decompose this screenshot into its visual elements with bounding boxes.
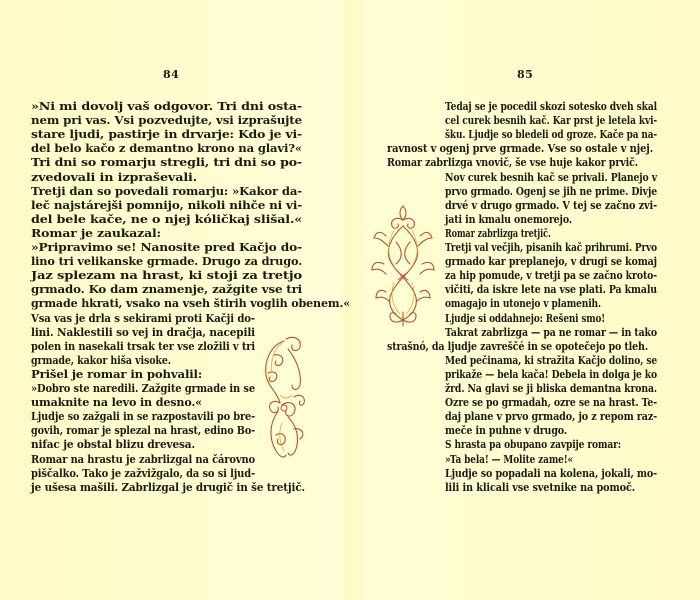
text-line: »Dobro ste naredili. Zažgite grmade in s…: [31, 381, 255, 395]
page-number: 85: [517, 68, 533, 81]
text-line: zvedovali in izpraševali.: [31, 170, 197, 184]
text-line: Tretji val večjih, pisanih kač prihrumi.…: [445, 240, 657, 254]
text-line: govih, romar je splezal na hrast, edino …: [31, 423, 255, 437]
text-line: grmade hkrati, vsako na vseh štirih vogl…: [31, 296, 350, 310]
text-line: »Ni mi dovolj vaš odgovor. Tri dni osta-: [31, 99, 302, 113]
text-line: stare ljudi, pastirje in drvarje: Kdo je…: [31, 127, 302, 141]
text-line: Tedaj se je pocedil skozi sotesko dveh s…: [445, 99, 657, 113]
text-line: prikaže — bela kača! Debela in dolga je …: [445, 367, 657, 381]
book-spread: 84 »Ni mi dovolj vaš odgovor. Tri dni os…: [0, 0, 700, 600]
text-line: Romar na hrastu je zabrlizgal na čárovno: [31, 452, 255, 466]
scroll-ornament-icon: [254, 333, 316, 463]
text-line: Romar zabrlizga tretjič.: [445, 226, 551, 240]
text-line: žrd. Na glavi se ji bliska demantna kron…: [445, 381, 657, 395]
text-line: del belo kačo z demantno krono na glavi?…: [31, 141, 302, 155]
right-page: 85 Tedaj se je pocedil skozi sotesko dve…: [350, 0, 700, 600]
text-line: Nov curek besnih kač se privali. Planejo…: [445, 170, 657, 184]
text-line: cel curek besnih kač. Kar prst je letela…: [445, 113, 657, 127]
text-line: »Ta bela! — Molite zame!«: [445, 452, 573, 466]
text-line: Med pečinama, ki stražita Kačjo dolino, …: [445, 353, 657, 367]
text-line: Romar je zaukazal:: [31, 226, 161, 240]
text-line: Ljudje so zažgali in se razpostavili po …: [31, 409, 255, 423]
text-line: Prišel je romar in pohvalil:: [31, 367, 202, 381]
text-line: nem pri vas. Vsi pozvedujte, vsi izprašu…: [31, 113, 302, 127]
text-line: grmade, kakor hiša visoke.: [31, 353, 171, 367]
text-line: Ljudje so popadali na kolena, jokali, mo…: [445, 466, 657, 480]
text-line: šku. Ljudje so bledeli od groze. Kače pa…: [445, 127, 657, 141]
page-number: 84: [163, 68, 179, 81]
text-line: Tri dni so romarju stregli, tri dni so p…: [31, 155, 302, 169]
text-line: del bele kače, ne o njej kóličkaj slišal…: [31, 212, 302, 226]
text-line: nifac je obstal blizu drevesa.: [31, 437, 195, 451]
text-line: leč najstárejši pomnijo, nikoli nihče ni…: [31, 198, 302, 212]
text-line: daj plane v prvo grmado, jo z repom raz-: [445, 409, 657, 423]
text-line: Tretji dan so povedali romarju: »Kakor d…: [31, 184, 302, 198]
text-line: Vsa vas je drla s sekirami proti Kačji d…: [31, 311, 255, 325]
text-line: drvé v drugo grmado. V tej se začno zvi-: [445, 198, 657, 212]
text-line: prvo grmado. Ogenj se jih ne prime. Divj…: [445, 184, 657, 198]
text-line: jati in kmalu onemorejo.: [445, 212, 572, 226]
left-page: 84 »Ni mi dovolj vaš odgovor. Tri dni os…: [0, 0, 350, 600]
text-line: S hrasta pa obupano zavpije romar:: [445, 437, 621, 451]
text-line: »Pripravimo se! Nanosite pred Kačjo do-: [31, 240, 302, 254]
text-line: omagajo in utonejo v plamenih.: [445, 296, 601, 310]
text-line: ravnost v ogenj prve grmade. Vse so osta…: [387, 141, 653, 155]
text-line: lino tri velikanske grmade. Drugo za dru…: [31, 254, 302, 268]
text-line: grmado. Ko dam znamenje, zažgite vse tri: [31, 282, 302, 296]
text-line: piščalko. Tako je zažvižgalo, da so si l…: [31, 466, 255, 480]
text-line: strašnó, da ljudje zavreščé in se opoteč…: [387, 339, 648, 353]
text-line: je ušesa mašili. Zabrlizgal je drugič in…: [31, 480, 305, 494]
text-line: polen in nasekali trsak ter vse zložili …: [31, 339, 255, 353]
text-line: Ljudje si oddahnejo: Rešeni smo!: [445, 311, 605, 325]
text-line: za hip pomude, v tretji pa se začno krot…: [445, 268, 657, 282]
text-line: lili in klicali vse svetnike na pomoč.: [445, 480, 635, 494]
text-line: Ozre se po grmadah, ozre se na hrast. Te…: [445, 395, 657, 409]
text-line: Takrat zabrlizga — pa ne romar — in tako: [445, 325, 657, 339]
text-line: meče in puhne v drugo.: [445, 423, 567, 437]
text-line: vičiti, da iskre lete na vse plati. Pa k…: [445, 282, 657, 296]
interlace-ornament-icon: [370, 202, 436, 328]
text-line: lini. Naklestili so vej in dračja, nacep…: [31, 325, 255, 339]
text-line: umaknite na levo in desno.«: [31, 395, 202, 409]
text-line: Jaz splezam na hrast, ki stoji za tretjo: [31, 268, 302, 282]
text-line: Romar zabrlizga vnovič, še vse huje kako…: [387, 155, 638, 169]
text-line: grmado kar preplanejo, v drugi se komaj: [445, 254, 657, 268]
